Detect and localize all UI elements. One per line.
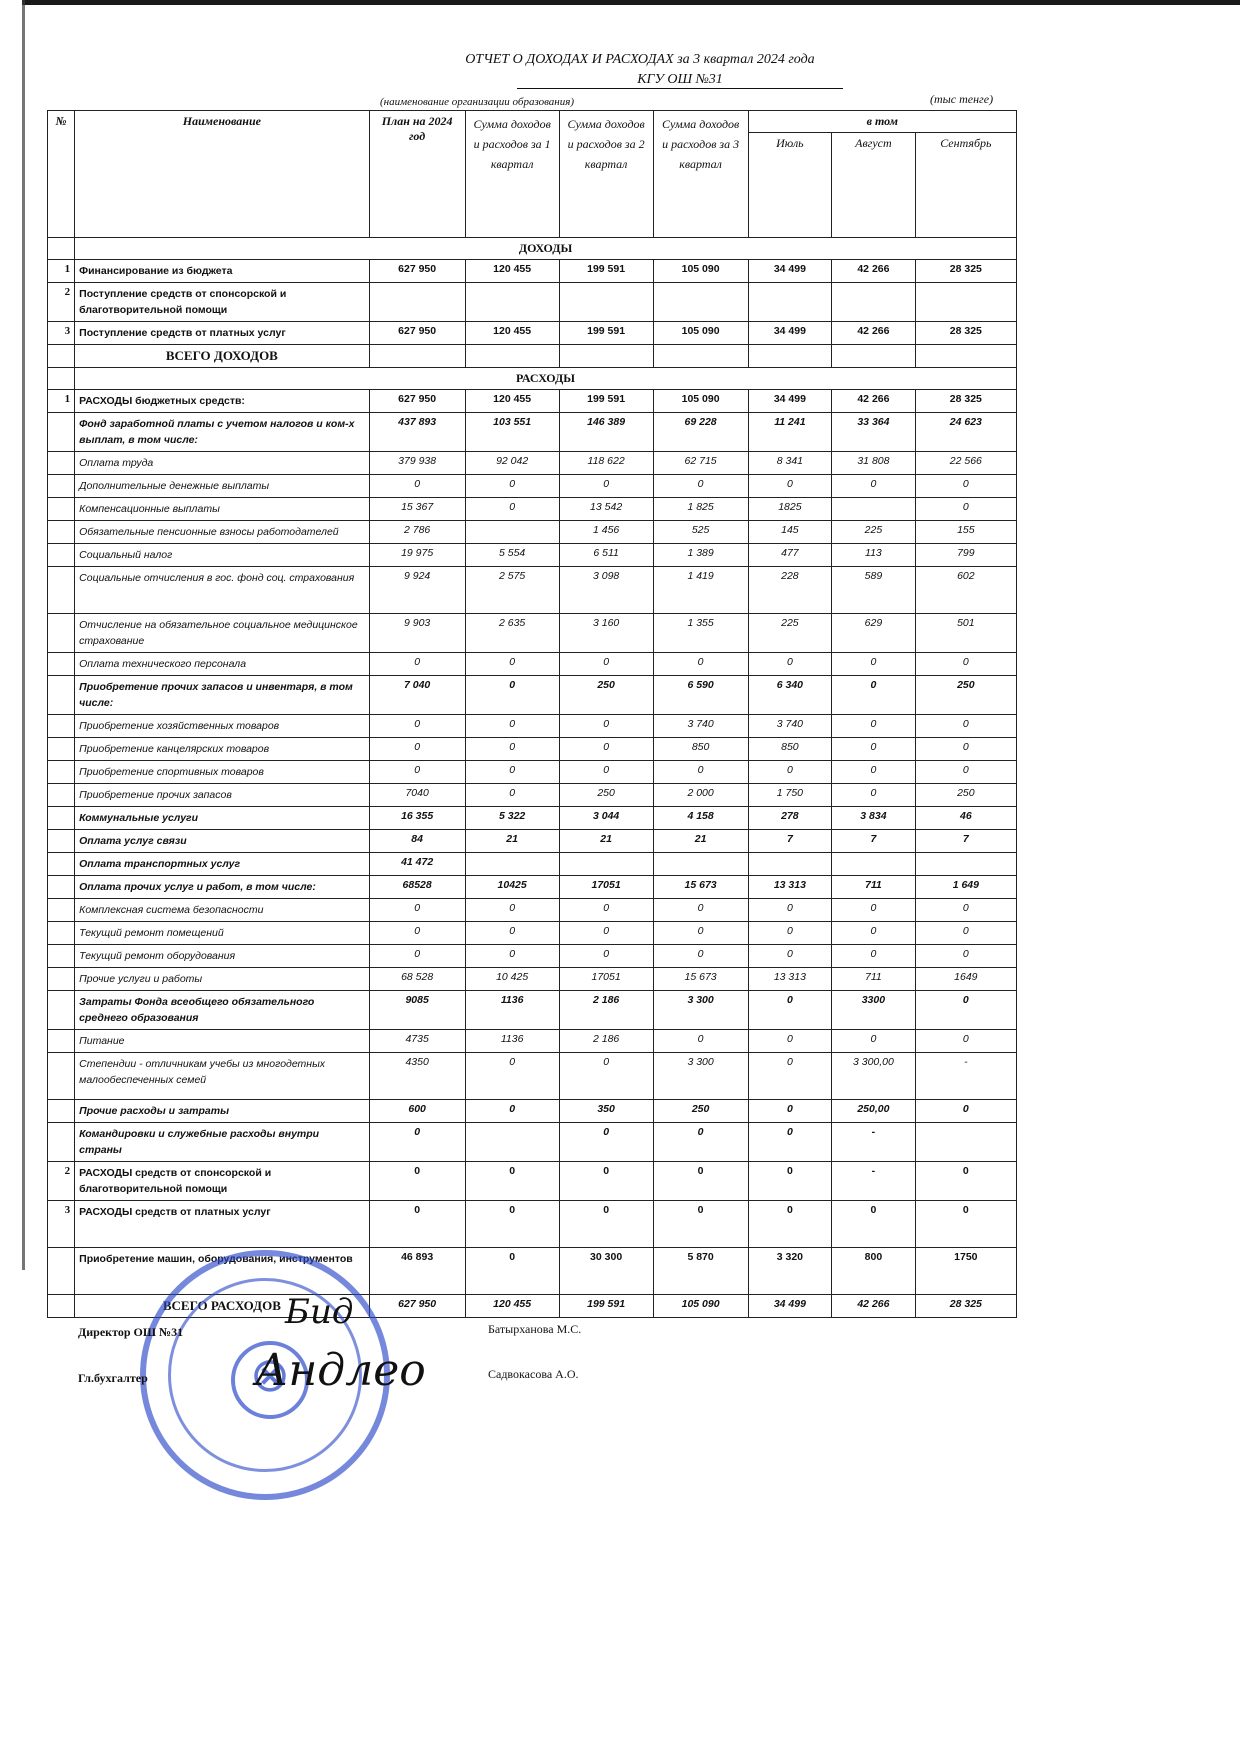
table-row: 3Поступление средств от платных услуг627…: [48, 322, 1017, 345]
value-q3: 6 590: [653, 676, 748, 715]
row-number: [48, 567, 75, 614]
value-plan: 4735: [369, 1030, 465, 1053]
value-q1: 5 322: [465, 807, 559, 830]
table-row: Социальный налог19 9755 5546 5111 389477…: [48, 544, 1017, 567]
row-name: Приобретение хозяйственных товаров: [75, 715, 369, 738]
row-name: Фонд заработной платы с учетом налогов и…: [75, 413, 369, 452]
value-aug: 0: [832, 1201, 916, 1248]
value-sep: 0: [915, 653, 1016, 676]
row-name: Компенсационные выплаты: [75, 498, 369, 521]
value-plan: 437 893: [369, 413, 465, 452]
value-q1: 0: [465, 1053, 559, 1100]
value-q1: 92 042: [465, 452, 559, 475]
table-row: Оплата труда379 93892 042118 62262 7158 …: [48, 452, 1017, 475]
value-sep: 799: [915, 544, 1016, 567]
value-jul: 34 499: [748, 1295, 832, 1318]
value-aug: 0: [832, 899, 916, 922]
value-q3: 2 000: [653, 784, 748, 807]
value-plan: 0: [369, 1123, 465, 1162]
value-q2: 0: [559, 1123, 653, 1162]
value-q3: 105 090: [653, 260, 748, 283]
value-sep: 0: [915, 922, 1016, 945]
value-plan: 4350: [369, 1053, 465, 1100]
value-sep: 24 623: [915, 413, 1016, 452]
value-q2: 199 591: [559, 260, 653, 283]
row-name: Отчисление на обязательное социальное ме…: [75, 614, 369, 653]
value-sep: 0: [915, 715, 1016, 738]
row-name: Дополнительные денежные выплаты: [75, 475, 369, 498]
table-row: 1РАСХОДЫ бюджетных средств:627 950120 45…: [48, 390, 1017, 413]
value-plan: 0: [369, 945, 465, 968]
row-name: Оплата транспортных услуг: [75, 853, 369, 876]
value-aug: 3 300,00: [832, 1053, 916, 1100]
value-q1: [465, 521, 559, 544]
value-plan: 16 355: [369, 807, 465, 830]
table-row: 2РАСХОДЫ средств от спонсорской и благот…: [48, 1162, 1017, 1201]
table-row: Отчисление на обязательное социальное ме…: [48, 614, 1017, 653]
table-row: Комплексная система безопасности0000000: [48, 899, 1017, 922]
row-name: Приобретение прочих запасов и инвентаря,…: [75, 676, 369, 715]
value-aug: 42 266: [832, 390, 916, 413]
value-aug: [832, 345, 916, 368]
value-sep: 28 325: [915, 322, 1016, 345]
organization-caption: (наименование организации образования): [380, 96, 640, 108]
value-q3: 21: [653, 830, 748, 853]
value-aug: 42 266: [832, 1295, 916, 1318]
value-q1: [465, 853, 559, 876]
value-q1: 0: [465, 761, 559, 784]
table-row: Дополнительные денежные выплаты0000000: [48, 475, 1017, 498]
value-q2: 3 160: [559, 614, 653, 653]
value-q1: 5 554: [465, 544, 559, 567]
value-sep: 602: [915, 567, 1016, 614]
value-plan: 41 472: [369, 853, 465, 876]
value-sep: 46: [915, 807, 1016, 830]
value-q1: 120 455: [465, 322, 559, 345]
value-q3: 850: [653, 738, 748, 761]
row-name: Приобретение канцелярских товаров: [75, 738, 369, 761]
col-sep: Сентябрь: [915, 133, 1016, 238]
row-number: [48, 945, 75, 968]
table-row: Оплата технического персонала0000000: [48, 653, 1017, 676]
value-plan: 7040: [369, 784, 465, 807]
value-plan: 84: [369, 830, 465, 853]
row-number: 1: [48, 260, 75, 283]
value-plan: 7 040: [369, 676, 465, 715]
col-aug: Август: [832, 133, 916, 238]
value-q3: [653, 345, 748, 368]
value-sep: 0: [915, 475, 1016, 498]
value-jul: 0: [748, 653, 832, 676]
row-number: [48, 676, 75, 715]
value-q2: 0: [559, 1162, 653, 1201]
organization-name-text: КГУ ОШ №31: [517, 72, 843, 89]
table-row: Обязательные пенсионные взносы работодат…: [48, 521, 1017, 544]
table-row: Приобретение прочих запасов и инвентаря,…: [48, 676, 1017, 715]
value-jul: 13 313: [748, 876, 832, 899]
row-number: [48, 899, 75, 922]
row-name: Обязательные пенсионные взносы работодат…: [75, 521, 369, 544]
value-aug: 589: [832, 567, 916, 614]
value-sep: [915, 853, 1016, 876]
value-q3: 0: [653, 475, 748, 498]
row-name: Степендии - отличникам учебы из многодет…: [75, 1053, 369, 1100]
value-plan: 19 975: [369, 544, 465, 567]
value-plan: 0: [369, 738, 465, 761]
col-plan: План на 2024 год: [369, 111, 465, 238]
col-jul: Июль: [748, 133, 832, 238]
col-name: Наименование: [75, 111, 369, 238]
table-row: Командировки и служебные расходы внутри …: [48, 1123, 1017, 1162]
value-sep: 1 649: [915, 876, 1016, 899]
value-jul: 13 313: [748, 968, 832, 991]
value-q2: 0: [559, 653, 653, 676]
table-row: Коммунальные услуги16 3555 3223 0444 158…: [48, 807, 1017, 830]
value-sep: 501: [915, 614, 1016, 653]
value-q3: 0: [653, 1162, 748, 1201]
row-name: Оплата прочих услуг и работ, в том числе…: [75, 876, 369, 899]
value-jul: 0: [748, 1123, 832, 1162]
value-q2: 199 591: [559, 322, 653, 345]
accountant-signature: Андлео: [255, 1345, 426, 1396]
row-number: [48, 922, 75, 945]
value-q2: 0: [559, 1053, 653, 1100]
value-q1: 1136: [465, 1030, 559, 1053]
row-number: 1: [48, 390, 75, 413]
table-row: Фонд заработной платы с учетом налогов и…: [48, 413, 1017, 452]
row-number: [48, 1295, 75, 1318]
value-q2: 0: [559, 899, 653, 922]
value-sep: 0: [915, 1201, 1016, 1248]
value-aug: 0: [832, 738, 916, 761]
table-row: Приобретение канцелярских товаров0008508…: [48, 738, 1017, 761]
row-name: Приобретение спортивных товаров: [75, 761, 369, 784]
accountant-label: Гл.бухгалтер: [78, 1371, 148, 1386]
row-number: [48, 1030, 75, 1053]
row-number: [48, 738, 75, 761]
row-name: Текущий ремонт оборудования: [75, 945, 369, 968]
value-aug: 0: [832, 1030, 916, 1053]
expenses-section: РАСХОДЫ: [48, 368, 1017, 390]
value-q2: 250: [559, 784, 653, 807]
row-name: Командировки и служебные расходы внутри …: [75, 1123, 369, 1162]
value-q2: 3 098: [559, 567, 653, 614]
row-name: Социальные отчисления в гос. фонд соц. с…: [75, 567, 369, 614]
value-jul: 225: [748, 614, 832, 653]
row-name: Прочие услуги и работы: [75, 968, 369, 991]
row-number: [48, 968, 75, 991]
value-q1: 2 635: [465, 614, 559, 653]
expenses-section-label: РАСХОДЫ: [75, 368, 1017, 390]
value-q2: 0: [559, 738, 653, 761]
value-q3: 525: [653, 521, 748, 544]
value-q1: 0: [465, 899, 559, 922]
value-q1: 0: [465, 922, 559, 945]
value-q3: 5 870: [653, 1248, 748, 1295]
value-aug: 0: [832, 922, 916, 945]
value-q2: 17051: [559, 876, 653, 899]
value-q1: 10 425: [465, 968, 559, 991]
value-sep: 155: [915, 521, 1016, 544]
value-jul: 34 499: [748, 260, 832, 283]
value-jul: 1 750: [748, 784, 832, 807]
value-aug: 33 364: [832, 413, 916, 452]
value-q2: 2 186: [559, 991, 653, 1030]
value-q3: [653, 283, 748, 322]
row-name: Оплата услуг связи: [75, 830, 369, 853]
value-q3: 0: [653, 922, 748, 945]
value-q3: 0: [653, 1201, 748, 1248]
value-q3: 62 715: [653, 452, 748, 475]
value-jul: 0: [748, 1201, 832, 1248]
value-jul: 6 340: [748, 676, 832, 715]
value-aug: 3300: [832, 991, 916, 1030]
value-plan: 379 938: [369, 452, 465, 475]
value-jul: 1825: [748, 498, 832, 521]
value-plan: 0: [369, 653, 465, 676]
value-plan: 68528: [369, 876, 465, 899]
value-q1: 1136: [465, 991, 559, 1030]
value-q3: 105 090: [653, 322, 748, 345]
row-number: [48, 830, 75, 853]
value-q1: 0: [465, 475, 559, 498]
value-q3: 1 389: [653, 544, 748, 567]
col-q2: Сумма доходов и расходов за 2 квартал: [559, 111, 653, 238]
col-q1: Сумма доходов и расходов за 1 квартал: [465, 111, 559, 238]
value-plan: 627 950: [369, 1295, 465, 1318]
value-q1: [465, 345, 559, 368]
value-plan: 15 367: [369, 498, 465, 521]
row-number: [48, 614, 75, 653]
value-jul: 8 341: [748, 452, 832, 475]
value-aug: -: [832, 1123, 916, 1162]
value-q1: 103 551: [465, 413, 559, 452]
row-name: РАСХОДЫ средств от платных услуг: [75, 1201, 369, 1248]
row-number: [48, 544, 75, 567]
value-jul: 0: [748, 991, 832, 1030]
row-number: [48, 498, 75, 521]
value-q3: 3 300: [653, 1053, 748, 1100]
value-plan: 46 893: [369, 1248, 465, 1295]
value-q3: 0: [653, 899, 748, 922]
units-label: (тыс тенге): [930, 92, 993, 107]
row-name: Оплата труда: [75, 452, 369, 475]
value-jul: 0: [748, 761, 832, 784]
value-aug: 42 266: [832, 260, 916, 283]
row-name: Оплата технического персонала: [75, 653, 369, 676]
value-q1: 0: [465, 676, 559, 715]
report-table: № Наименование План на 2024 год Сумма до…: [47, 110, 1017, 1318]
value-q2: [559, 345, 653, 368]
table-row: Оплата транспортных услуг41 472: [48, 853, 1017, 876]
value-sep: 28 325: [915, 390, 1016, 413]
value-q2: 250: [559, 676, 653, 715]
row-name: Текущий ремонт помещений: [75, 922, 369, 945]
table-row: Компенсационные выплаты15 367013 5421 82…: [48, 498, 1017, 521]
value-jul: 3 320: [748, 1248, 832, 1295]
value-q1: 0: [465, 1162, 559, 1201]
value-q1: 0: [465, 715, 559, 738]
value-q2: 3 044: [559, 807, 653, 830]
row-name: Социальный налог: [75, 544, 369, 567]
col-group: в том: [748, 111, 1016, 133]
value-q3: 105 090: [653, 1295, 748, 1318]
value-plan: 0: [369, 475, 465, 498]
value-plan: 68 528: [369, 968, 465, 991]
table-row: Приобретение хозяйственных товаров0003 7…: [48, 715, 1017, 738]
value-aug: 0: [832, 676, 916, 715]
director-label: Директор ОШ №31: [78, 1325, 183, 1340]
col-no: №: [48, 111, 75, 238]
value-jul: [748, 283, 832, 322]
value-q1: 21: [465, 830, 559, 853]
value-q1: 0: [465, 1248, 559, 1295]
value-jul: 0: [748, 1162, 832, 1201]
scan-top-edge: [22, 0, 1240, 5]
table-row: Питание473511362 1860000: [48, 1030, 1017, 1053]
value-q3: [653, 853, 748, 876]
value-q2: 30 300: [559, 1248, 653, 1295]
row-number: [48, 521, 75, 544]
row-no-cell: [48, 368, 75, 390]
value-q2: 199 591: [559, 1295, 653, 1318]
value-plan: 9 924: [369, 567, 465, 614]
value-q2: [559, 283, 653, 322]
row-no-cell: [48, 238, 75, 260]
row-number: [48, 413, 75, 452]
value-jul: 34 499: [748, 322, 832, 345]
table-row: Прочие расходы и затраты60003502500250,0…: [48, 1100, 1017, 1123]
row-number: 2: [48, 283, 75, 322]
row-name: Комплексная система безопасности: [75, 899, 369, 922]
value-q2: 6 511: [559, 544, 653, 567]
value-sep: 0: [915, 1162, 1016, 1201]
value-jul: [748, 853, 832, 876]
value-aug: 0: [832, 784, 916, 807]
value-sep: 250: [915, 676, 1016, 715]
value-aug: 7: [832, 830, 916, 853]
row-number: 3: [48, 322, 75, 345]
value-jul: 7: [748, 830, 832, 853]
row-number: [48, 1053, 75, 1100]
table-row: Прочие услуги и работы68 52810 425170511…: [48, 968, 1017, 991]
value-q3: 3 740: [653, 715, 748, 738]
value-sep: 0: [915, 738, 1016, 761]
value-aug: 629: [832, 614, 916, 653]
row-name: Коммунальные услуги: [75, 807, 369, 830]
table-row: Социальные отчисления в гос. фонд соц. с…: [48, 567, 1017, 614]
value-q2: 199 591: [559, 390, 653, 413]
value-aug: 250,00: [832, 1100, 916, 1123]
row-number: [48, 1123, 75, 1162]
value-q3: 0: [653, 761, 748, 784]
value-jul: 0: [748, 1100, 832, 1123]
table-row: Текущий ремонт оборудования0000000: [48, 945, 1017, 968]
value-aug: 113: [832, 544, 916, 567]
value-sep: 0: [915, 761, 1016, 784]
value-sep: 250: [915, 784, 1016, 807]
value-sep: 28 325: [915, 1295, 1016, 1318]
value-q3: 0: [653, 945, 748, 968]
value-q2: [559, 853, 653, 876]
value-q3: 105 090: [653, 390, 748, 413]
income-total-row-label: ВСЕГО ДОХОДОВ: [75, 345, 369, 368]
value-q2: 0: [559, 945, 653, 968]
value-q3: 0: [653, 1030, 748, 1053]
income-total-row: ВСЕГО ДОХОДОВ: [48, 345, 1017, 368]
value-aug: 0: [832, 715, 916, 738]
value-plan: 9085: [369, 991, 465, 1030]
value-plan: 0: [369, 715, 465, 738]
table-row: Степендии - отличникам учебы из многодет…: [48, 1053, 1017, 1100]
value-plan: 627 950: [369, 390, 465, 413]
value-q3: 1 825: [653, 498, 748, 521]
table-row: 1Финансирование из бюджета627 950120 455…: [48, 260, 1017, 283]
value-q1: [465, 283, 559, 322]
row-name: Финансирование из бюджета: [75, 260, 369, 283]
table-row: Оплата прочих услуг и работ, в том числе…: [48, 876, 1017, 899]
col-q3: Сумма доходов и расходов за 3 квартал: [653, 111, 748, 238]
value-jul: 0: [748, 475, 832, 498]
income-section-label: ДОХОДЫ: [75, 238, 1017, 260]
value-plan: 627 950: [369, 260, 465, 283]
value-q1: 2 575: [465, 567, 559, 614]
row-number: [48, 653, 75, 676]
value-aug: 42 266: [832, 322, 916, 345]
value-sep: 28 325: [915, 260, 1016, 283]
value-q2: 0: [559, 922, 653, 945]
value-q2: 350: [559, 1100, 653, 1123]
row-number: [48, 853, 75, 876]
row-number: [48, 715, 75, 738]
value-plan: 0: [369, 1201, 465, 1248]
value-q1: 0: [465, 653, 559, 676]
value-sep: 1649: [915, 968, 1016, 991]
table-row: 2Поступление средств от спонсорской и бл…: [48, 283, 1017, 322]
value-q1: 0: [465, 1100, 559, 1123]
row-number: [48, 345, 75, 368]
value-q1: [465, 1123, 559, 1162]
value-jul: 34 499: [748, 390, 832, 413]
value-plan: [369, 283, 465, 322]
value-q3: 1 355: [653, 614, 748, 653]
value-jul: 145: [748, 521, 832, 544]
value-plan: 0: [369, 761, 465, 784]
table-row: Приобретение спортивных товаров0000000: [48, 761, 1017, 784]
value-aug: 800: [832, 1248, 916, 1295]
value-jul: 850: [748, 738, 832, 761]
report-title: ОТЧЕТ О ДОХОДАХ И РАСХОДАХ за 3 квартал …: [0, 52, 1240, 68]
value-aug: [832, 283, 916, 322]
value-q2: 13 542: [559, 498, 653, 521]
accountant-name: Садвокасова А.О.: [488, 1367, 579, 1382]
value-q2: 1 456: [559, 521, 653, 544]
value-sep: [915, 283, 1016, 322]
value-aug: 711: [832, 968, 916, 991]
value-plan: [369, 345, 465, 368]
row-number: [48, 784, 75, 807]
value-sep: 0: [915, 1030, 1016, 1053]
value-plan: 2 786: [369, 521, 465, 544]
value-jul: 11 241: [748, 413, 832, 452]
value-sep: 1750: [915, 1248, 1016, 1295]
value-aug: 31 808: [832, 452, 916, 475]
value-jul: 0: [748, 922, 832, 945]
value-plan: 600: [369, 1100, 465, 1123]
value-sep: [915, 345, 1016, 368]
row-name: Поступление средств от спонсорской и бла…: [75, 283, 369, 322]
value-sep: 0: [915, 945, 1016, 968]
